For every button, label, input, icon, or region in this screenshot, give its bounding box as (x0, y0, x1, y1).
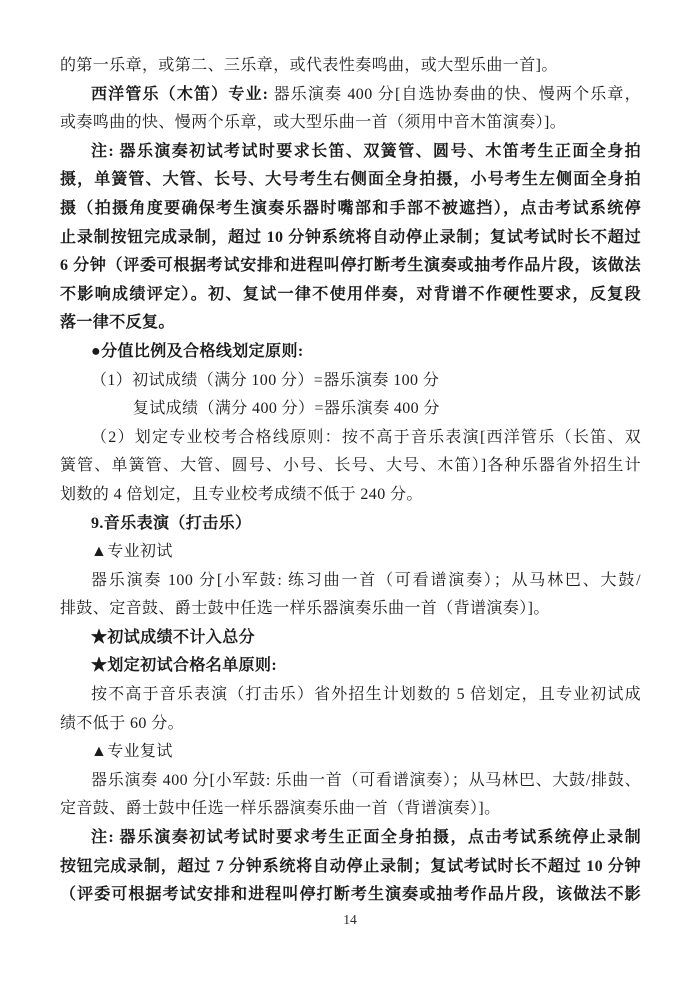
text-segment: 绩不低于 60 分。 (60, 715, 184, 732)
text-segment: 注: 器乐演奏初试考试时要求长笛、双簧管、圆号、木笛考生正面全身拍 (91, 143, 641, 160)
text-line-27: 定音鼓、爵士鼓中任选一样乐器演奏乐曲一首（背谱演奏）]。 (60, 795, 641, 824)
text-line-26: 器乐演奏 400 分[小军鼓: 乐曲一首（可看谱演奏）；从马林巴、大鼓/排鼓、 (60, 767, 641, 796)
text-segment: 器乐演奏 100 分[小军鼓: 练习曲一首（可看谱演奏）；从马林巴、大鼓/ (91, 572, 641, 589)
text-line-13: 复试成绩（满分 400 分）=器乐演奏 400 分 (60, 395, 641, 424)
text-line-24: 绩不低于 60 分。 (60, 710, 641, 739)
text-segment: 器乐演奏 400 分[小军鼓: 乐曲一首（可看谱演奏）；从马林巴、大鼓/排鼓、 (91, 772, 641, 789)
text-line-9: 不影响成绩评定）。初、复试一律不使用伴奏，对背谱不作硬性要求，反复段 (60, 281, 641, 310)
text-line-6: 摄（拍摄角度要确保考生演奏乐器时嘴部和手部不被遮挡），点击考试系统停 (60, 195, 641, 224)
text-line-2: 西洋管乐（木笛）专业: 器乐演奏 400 分[自选协奏曲的快、慢两个乐章， (60, 81, 641, 110)
text-line-23: 按不高于音乐表演（打击乐）省外招生计划数的 5 倍划定，且专业初试成 (60, 681, 641, 710)
text-line-10: 落一律不反复。 (60, 309, 641, 338)
text-segment: 西洋管乐（木笛）专业: (91, 86, 268, 103)
text-segment: 落一律不反复。 (60, 314, 175, 331)
text-segment: （评委可根据考试安排和进程叫停打断考生演奏或抽考作品片段，该做法不影 (60, 886, 641, 903)
text-segment: （1）初试成绩（满分 100 分）=器乐演奏 100 分 (91, 372, 439, 389)
text-line-5: 摄，单簧管、大管、长号、大号考生右侧面全身拍摄，小号考生左侧面全身拍 (60, 166, 641, 195)
text-segment: 9.音乐表演（打击乐） (91, 515, 251, 532)
text-segment: 不影响成绩评定）。初、复试一律不使用伴奏，对背谱不作硬性要求，反复段 (60, 286, 641, 303)
text-line-20: 排鼓、定音鼓、爵士鼓中任选一样乐器演奏乐曲一首（背谱演奏）]。 (60, 595, 641, 624)
text-line-15: 簧管、单簧管、大管、圆号、小号、长号、大号、木笛）]各种乐器省外招生计 (60, 452, 641, 481)
text-segment: ★划定初试合格名单原则: (91, 657, 277, 674)
text-line-30: （评委可根据考试安排和进程叫停打断考生演奏或抽考作品片段，该做法不影 (60, 881, 641, 910)
text-line-11: ●分值比例及合格线划定原则: (60, 338, 641, 367)
text-line-19: 器乐演奏 100 分[小军鼓: 练习曲一首（可看谱演奏）；从马林巴、大鼓/ (60, 567, 641, 596)
text-segment: ▲专业复试 (91, 743, 173, 760)
document-body: 的第一乐章，或第二、三乐章，或代表性奏鸣曲，或大型乐曲一首]。西洋管乐（木笛）专… (60, 52, 641, 910)
text-line-12: （1）初试成绩（满分 100 分）=器乐演奏 100 分 (60, 367, 641, 396)
text-segment: 注: 器乐演奏初试考试时要求考生正面全身拍摄，点击考试系统停止录制 (91, 829, 641, 846)
text-segment: 器乐演奏 400 分[自选协奏曲的快、慢两个乐章， (268, 86, 641, 103)
text-line-16: 划数的 4 倍划定，且专业校考成绩不低于 240 分。 (60, 481, 641, 510)
text-segment: （2）划定专业校考合格线原则：按不高于音乐表演[西洋管乐（长笛、双 (91, 429, 641, 446)
text-line-17: 9.音乐表演（打击乐） (60, 510, 641, 539)
text-line-29: 按钮完成录制，超过 7 分钟系统将自动停止录制；复试考试时长不超过 10 分钟 (60, 853, 641, 882)
text-line-3: 或奏鸣曲的快、慢两个乐章，或大型乐曲一首（须用中音木笛演奏）]。 (60, 109, 641, 138)
text-segment: 止录制按钮完成录制，超过 10 分钟系统将自动停止录制；复试考试时长不超过 (60, 229, 641, 246)
text-segment: 划数的 4 倍划定，且专业校考成绩不低于 240 分。 (60, 486, 423, 503)
text-line-22: ★划定初试合格名单原则: (60, 652, 641, 681)
text-segment: 簧管、单簧管、大管、圆号、小号、长号、大号、木笛）]各种乐器省外招生计 (60, 457, 641, 474)
text-segment: 的第一乐章，或第二、三乐章，或代表性奏鸣曲，或大型乐曲一首]。 (60, 57, 558, 74)
text-segment: 按钮完成录制，超过 7 分钟系统将自动停止录制；复试考试时长不超过 10 分钟 (60, 858, 641, 875)
text-line-14: （2）划定专业校考合格线原则：按不高于音乐表演[西洋管乐（长笛、双 (60, 424, 641, 453)
text-segment: 或奏鸣曲的快、慢两个乐章，或大型乐曲一首（须用中音木笛演奏）]。 (60, 114, 566, 131)
text-segment: ★初试成绩不计入总分 (91, 629, 255, 646)
text-line-8: 6 分钟（评委可根据考试安排和进程叫停打断考生演奏或抽考作品片段，该做法 (60, 252, 641, 281)
text-segment: ●分值比例及合格线划定原则: (91, 343, 304, 360)
text-segment: 按不高于音乐表演（打击乐）省外招生计划数的 5 倍划定，且专业初试成 (91, 686, 641, 703)
text-segment: ▲专业初试 (91, 543, 173, 560)
text-segment: 复试成绩（满分 400 分）=器乐演奏 400 分 (133, 400, 440, 417)
text-segment: 排鼓、定音鼓、爵士鼓中任选一样乐器演奏乐曲一首（背谱演奏）]。 (60, 600, 550, 617)
text-segment: 摄，单簧管、大管、长号、大号考生右侧面全身拍摄，小号考生左侧面全身拍 (60, 171, 641, 188)
text-line-21: ★初试成绩不计入总分 (60, 624, 641, 653)
text-line-25: ▲专业复试 (60, 738, 641, 767)
text-line-28: 注: 器乐演奏初试考试时要求考生正面全身拍摄，点击考试系统停止录制 (60, 824, 641, 853)
text-segment: 定音鼓、爵士鼓中任选一样乐器演奏乐曲一首（背谱演奏）]。 (60, 800, 501, 817)
text-segment: 摄（拍摄角度要确保考生演奏乐器时嘴部和手部不被遮挡），点击考试系统停 (60, 200, 641, 217)
document-page: 的第一乐章，或第二、三乐章，或代表性奏鸣曲，或大型乐曲一首]。西洋管乐（木笛）专… (0, 0, 700, 990)
text-segment: 6 分钟（评委可根据考试安排和进程叫停打断考生演奏或抽考作品片段，该做法 (60, 257, 641, 274)
text-line-4: 注: 器乐演奏初试考试时要求长笛、双簧管、圆号、木笛考生正面全身拍 (60, 138, 641, 167)
text-line-7: 止录制按钮完成录制，超过 10 分钟系统将自动停止录制；复试考试时长不超过 (60, 224, 641, 253)
page-number: 14 (0, 910, 700, 930)
text-line-18: ▲专业初试 (60, 538, 641, 567)
text-line-1: 的第一乐章，或第二、三乐章，或代表性奏鸣曲，或大型乐曲一首]。 (60, 52, 641, 81)
